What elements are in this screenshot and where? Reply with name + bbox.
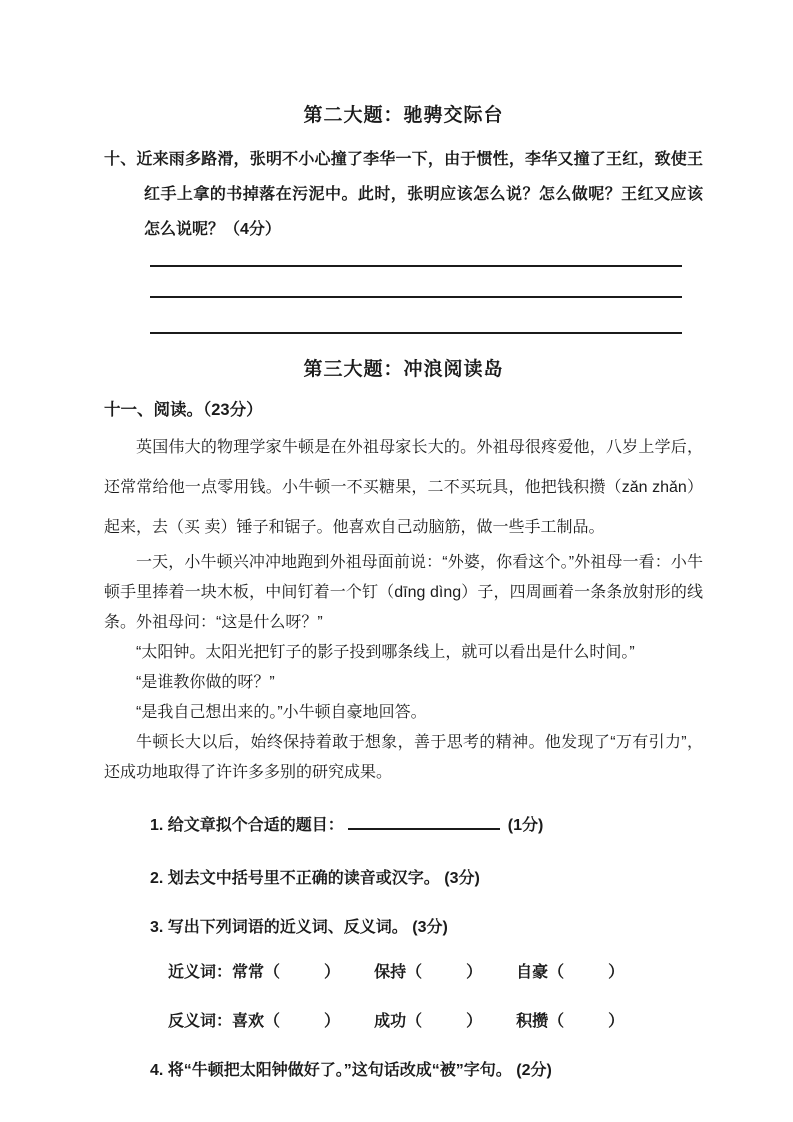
synonym-cell-3: 自豪（）	[516, 959, 624, 982]
question-10-number: 十、	[104, 151, 136, 168]
sub-question-1: 1. 给文章拟个合适的题目：(1分)	[150, 812, 703, 835]
synonyms-row: 近义词： 常常（） 保持（） 自豪（）	[168, 959, 703, 982]
open-paren: （	[548, 1013, 564, 1030]
sub-question-2: 2. 划去文中括号里不正确的读音或汉字。 (3分)	[150, 865, 703, 888]
title-blank-field[interactable]	[348, 813, 500, 830]
antonym-word-3: 积攒	[516, 1013, 548, 1030]
open-paren: （	[264, 964, 280, 981]
question-11-title: 阅读。（23分）	[154, 401, 263, 419]
reading-passage: 英国伟大的物理学家牛顿是在外祖母家长大的。外祖母很疼爱他，八岁上学后，还常常给他…	[104, 428, 703, 788]
antonym-word-1: 喜欢	[232, 1013, 264, 1030]
close-paren: ）	[324, 964, 340, 981]
sub-question-1-score: (1分)	[508, 817, 544, 834]
close-paren: ）	[608, 1013, 624, 1030]
synonym-cell-1: 常常（）	[232, 959, 340, 982]
close-paren: ）	[608, 964, 624, 981]
antonym-cell-3: 积攒（）	[516, 1008, 624, 1031]
synonym-word-3: 自豪	[516, 964, 548, 981]
open-paren: （	[406, 964, 422, 981]
passage-paragraph-2: 一天，小牛顿兴冲冲地跑到外祖母面前说：“外婆，你看这个。”外祖母一看：小牛顿手里…	[104, 548, 703, 638]
synonym-word-1: 常常	[232, 964, 264, 981]
answer-line-1[interactable]	[150, 249, 682, 267]
passage-paragraph-4: “是谁教你做的呀？”	[104, 668, 703, 698]
passage-paragraph-3: “太阳钟。太阳光把钉子的影子投到哪条线上，就可以看出是什么时间。”	[104, 638, 703, 668]
passage-paragraph-1: 英国伟大的物理学家牛顿是在外祖母家长大的。外祖母很疼爱他，八岁上学后，还常常给他…	[104, 428, 703, 548]
antonyms-row: 反义词： 喜欢（） 成功（） 积攒（）	[168, 1008, 703, 1031]
answer-lines	[150, 249, 682, 334]
antonym-cell-2: 成功（）	[374, 1008, 482, 1031]
open-paren: （	[264, 1013, 280, 1030]
sub-question-4: 4. 将“牛顿把太阳钟做好了。”这句话改成“被”字句。 (2分)	[150, 1057, 703, 1080]
sub-question-3: 3. 写出下列词语的近义词、反义词。 (3分)	[150, 914, 703, 937]
antonyms-label: 反义词：	[168, 1008, 232, 1031]
question-11-heading: 十一、阅读。（23分）	[104, 396, 703, 420]
synonym-cell-2: 保持（）	[374, 959, 482, 982]
sub-question-1-text: 1. 给文章拟个合适的题目：	[150, 817, 344, 834]
synonyms-label: 近义词：	[168, 959, 232, 982]
antonym-cell-1: 喜欢（）	[232, 1008, 340, 1031]
section2-title: 第二大题：驰骋交际台	[104, 100, 703, 127]
close-paren: ）	[466, 964, 482, 981]
section3-title: 第三大题：冲浪阅读岛	[104, 354, 703, 381]
open-paren: （	[406, 1013, 422, 1030]
question-11-number: 十一、	[104, 401, 154, 419]
synonym-word-2: 保持	[374, 964, 406, 981]
question-10-text: 近来雨多路滑，张明不小心撞了李华一下，由于惯性，李华又撞了王红，致使王红手上拿的…	[136, 151, 703, 238]
close-paren: ）	[324, 1013, 340, 1030]
antonym-word-2: 成功	[374, 1013, 406, 1030]
passage-paragraph-5: “是我自己想出来的。”小牛顿自豪地回答。	[104, 698, 703, 728]
test-paper-page: 第二大题：驰骋交际台 十、近来雨多路滑，张明不小心撞了李华一下，由于惯性，李华又…	[0, 0, 793, 1122]
answer-line-3[interactable]	[150, 298, 682, 334]
question-10: 十、近来雨多路滑，张明不小心撞了李华一下，由于惯性，李华又撞了王红，致使王红手上…	[104, 142, 703, 247]
close-paren: ）	[466, 1013, 482, 1030]
passage-paragraph-6: 牛顿长大以后，始终保持着敢于想象，善于思考的精神。他发现了“万有引力”，还成功地…	[104, 728, 703, 788]
open-paren: （	[548, 964, 564, 981]
answer-line-2[interactable]	[150, 267, 682, 298]
